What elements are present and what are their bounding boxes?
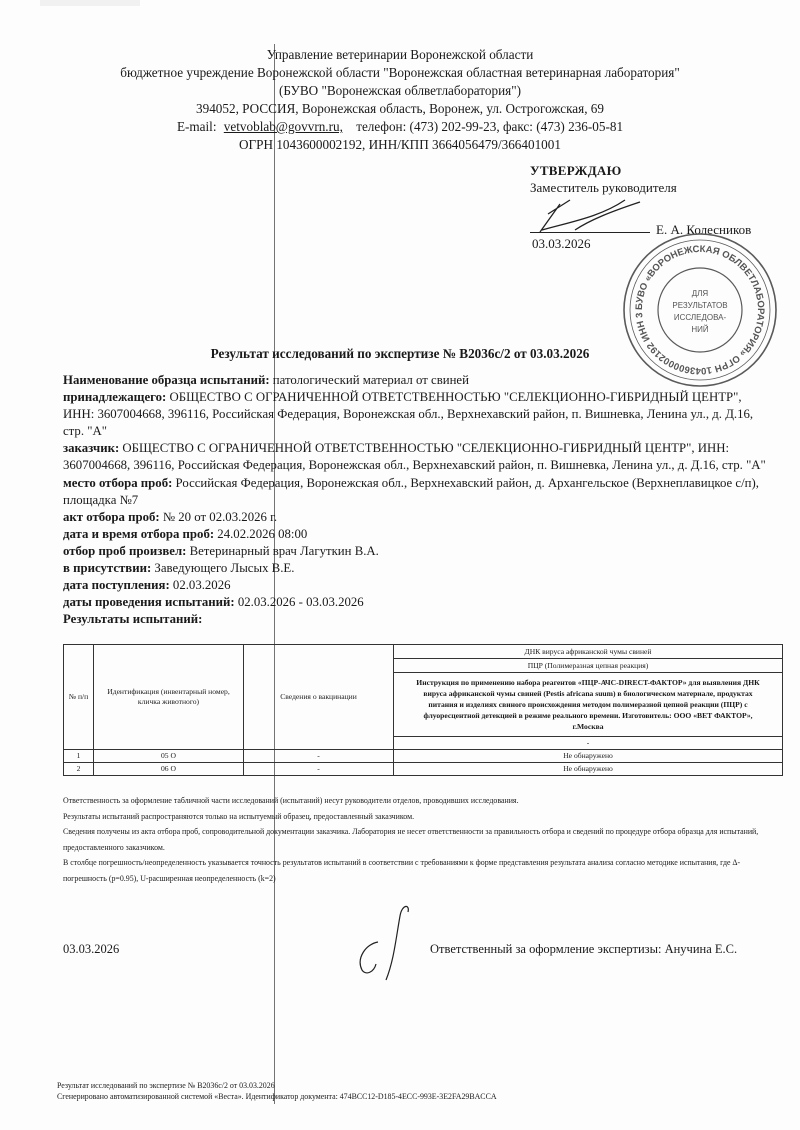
bottom-doc-id: Сгенерировано автоматизированной системо… — [57, 1091, 497, 1102]
row-num: 1 — [64, 750, 94, 763]
header-units: - — [394, 737, 783, 750]
row-num: 2 — [64, 763, 94, 776]
field-test-dates: даты проведения испытаний: 02.03.2026 - … — [63, 594, 775, 611]
scan-shadow-top — [40, 0, 140, 6]
header-method: ПЦР (Полимеразная цепная реакция) — [394, 659, 783, 673]
field-sample-name: Наименование образца испытаний: патологи… — [63, 372, 775, 389]
approval-block: УТВЕРЖДАЮ Заместитель руководителя — [530, 162, 677, 196]
field-received-date: дата поступления: 02.03.2026 — [63, 577, 775, 594]
svg-text:ИССЛЕДОВА-: ИССЛЕДОВА- — [674, 313, 727, 322]
field-in-presence: в присутствии: Заведующего Лысых В.Е. — [63, 560, 775, 577]
note-uncertainty: В столбце погрешность/неопределенность у… — [63, 855, 783, 886]
row-vaccination: - — [244, 750, 394, 763]
email-link[interactable]: vetvoblab@govvrn.ru, — [224, 119, 343, 134]
field-sampling-place: место отбора проб: Российская Федерация,… — [63, 475, 775, 509]
row-vaccination: - — [244, 763, 394, 776]
header-num: № п/п — [64, 645, 94, 750]
field-owner: принадлежащего: ОБЩЕСТВО С ОГРАНИЧЕННОЙ … — [63, 389, 775, 440]
svg-text:РЕЗУЛЬТАТОВ: РЕЗУЛЬТАТОВ — [672, 301, 727, 310]
sample-info: Наименование образца испытаний: патологи… — [63, 372, 775, 628]
document-title: Результат исследований по экспертизе № B… — [0, 346, 800, 362]
header-identification: Идентификация (инвентарный номер, кличка… — [94, 645, 244, 750]
row-result: Не обнаружено — [394, 750, 783, 763]
field-sampling-act: акт отбора проб: № 20 от 02.03.2026 г. — [63, 509, 775, 526]
note-responsibility: Ответственность за оформление табличной … — [63, 793, 783, 809]
org-registration: ОГРН 1043600002192, ИНН/КПП 3664056479/3… — [0, 136, 800, 154]
row-id: 06 О — [94, 763, 244, 776]
table-header-row: № п/п Идентификация (инвентарный номер, … — [64, 645, 783, 659]
phone-fax: телефон: (473) 202-99-23, факс: (473) 23… — [356, 119, 623, 134]
note-scope: Результаты испытаний распространяются то… — [63, 809, 783, 825]
bottom-doc-ref: Результат исследований по экспертизе № B… — [57, 1080, 497, 1091]
official-stamp-icon: БУВО «ВОРОНЕЖСКАЯ ОБЛВЕТЛАБОРАТОРИЯ» ОГР… — [620, 230, 780, 390]
approval-date: 03.03.2026 — [532, 236, 591, 252]
field-customer: заказчик: ОБЩЕСТВО С ОГРАНИЧЕННОЙ ОТВЕТС… — [63, 440, 775, 474]
note-source: Сведения получены из акта отбора проб, с… — [63, 824, 783, 855]
row-id: 05 О — [94, 750, 244, 763]
header-indicator: ДНК вируса африканской чумы свиней — [394, 645, 783, 659]
org-contacts: E-mail: vetvoblab@govvrn.ru, телефон: (4… — [0, 118, 800, 136]
org-parent: Управление ветеринарии Воронежской облас… — [0, 46, 800, 64]
svg-text:ДЛЯ: ДЛЯ — [692, 289, 709, 298]
email-label: E-mail: — [177, 119, 217, 134]
header-instruction: Инструкция по применению набора реагенто… — [394, 673, 783, 737]
org-name: бюджетное учреждение Воронежской области… — [0, 64, 800, 82]
field-sampled-by: отбор проб произвел: Ветеринарный врач Л… — [63, 543, 775, 560]
table-row: 2 06 О - Не обнаружено — [64, 763, 783, 776]
responsible-person: Ответственный за оформление экспертизы: … — [430, 942, 737, 957]
row-result: Не обнаружено — [394, 763, 783, 776]
table-row: 1 05 О - Не обнаружено — [64, 750, 783, 763]
footer-date: 03.03.2026 — [63, 942, 119, 957]
notes: Ответственность за оформление табличной … — [63, 793, 783, 886]
field-sampling-datetime: дата и время отбора проб: 24.02.2026 08:… — [63, 526, 775, 543]
results-table: № п/п Идентификация (инвентарный номер, … — [63, 644, 783, 776]
svg-text:НИЙ: НИЙ — [691, 325, 709, 334]
org-address: 394052, РОССИЯ, Воронежская область, Вор… — [0, 100, 800, 118]
results-heading: Результаты испытаний: — [63, 611, 775, 628]
responsible-signature-icon — [338, 902, 418, 982]
approval-title: УТВЕРЖДАЮ — [530, 162, 677, 179]
header-vaccination: Сведения о вакцинации — [244, 645, 394, 750]
bottom-info: Результат исследований по экспертизе № B… — [57, 1080, 497, 1102]
org-short-name: (БУВО "Воронежская облветлаборатория") — [0, 82, 800, 100]
